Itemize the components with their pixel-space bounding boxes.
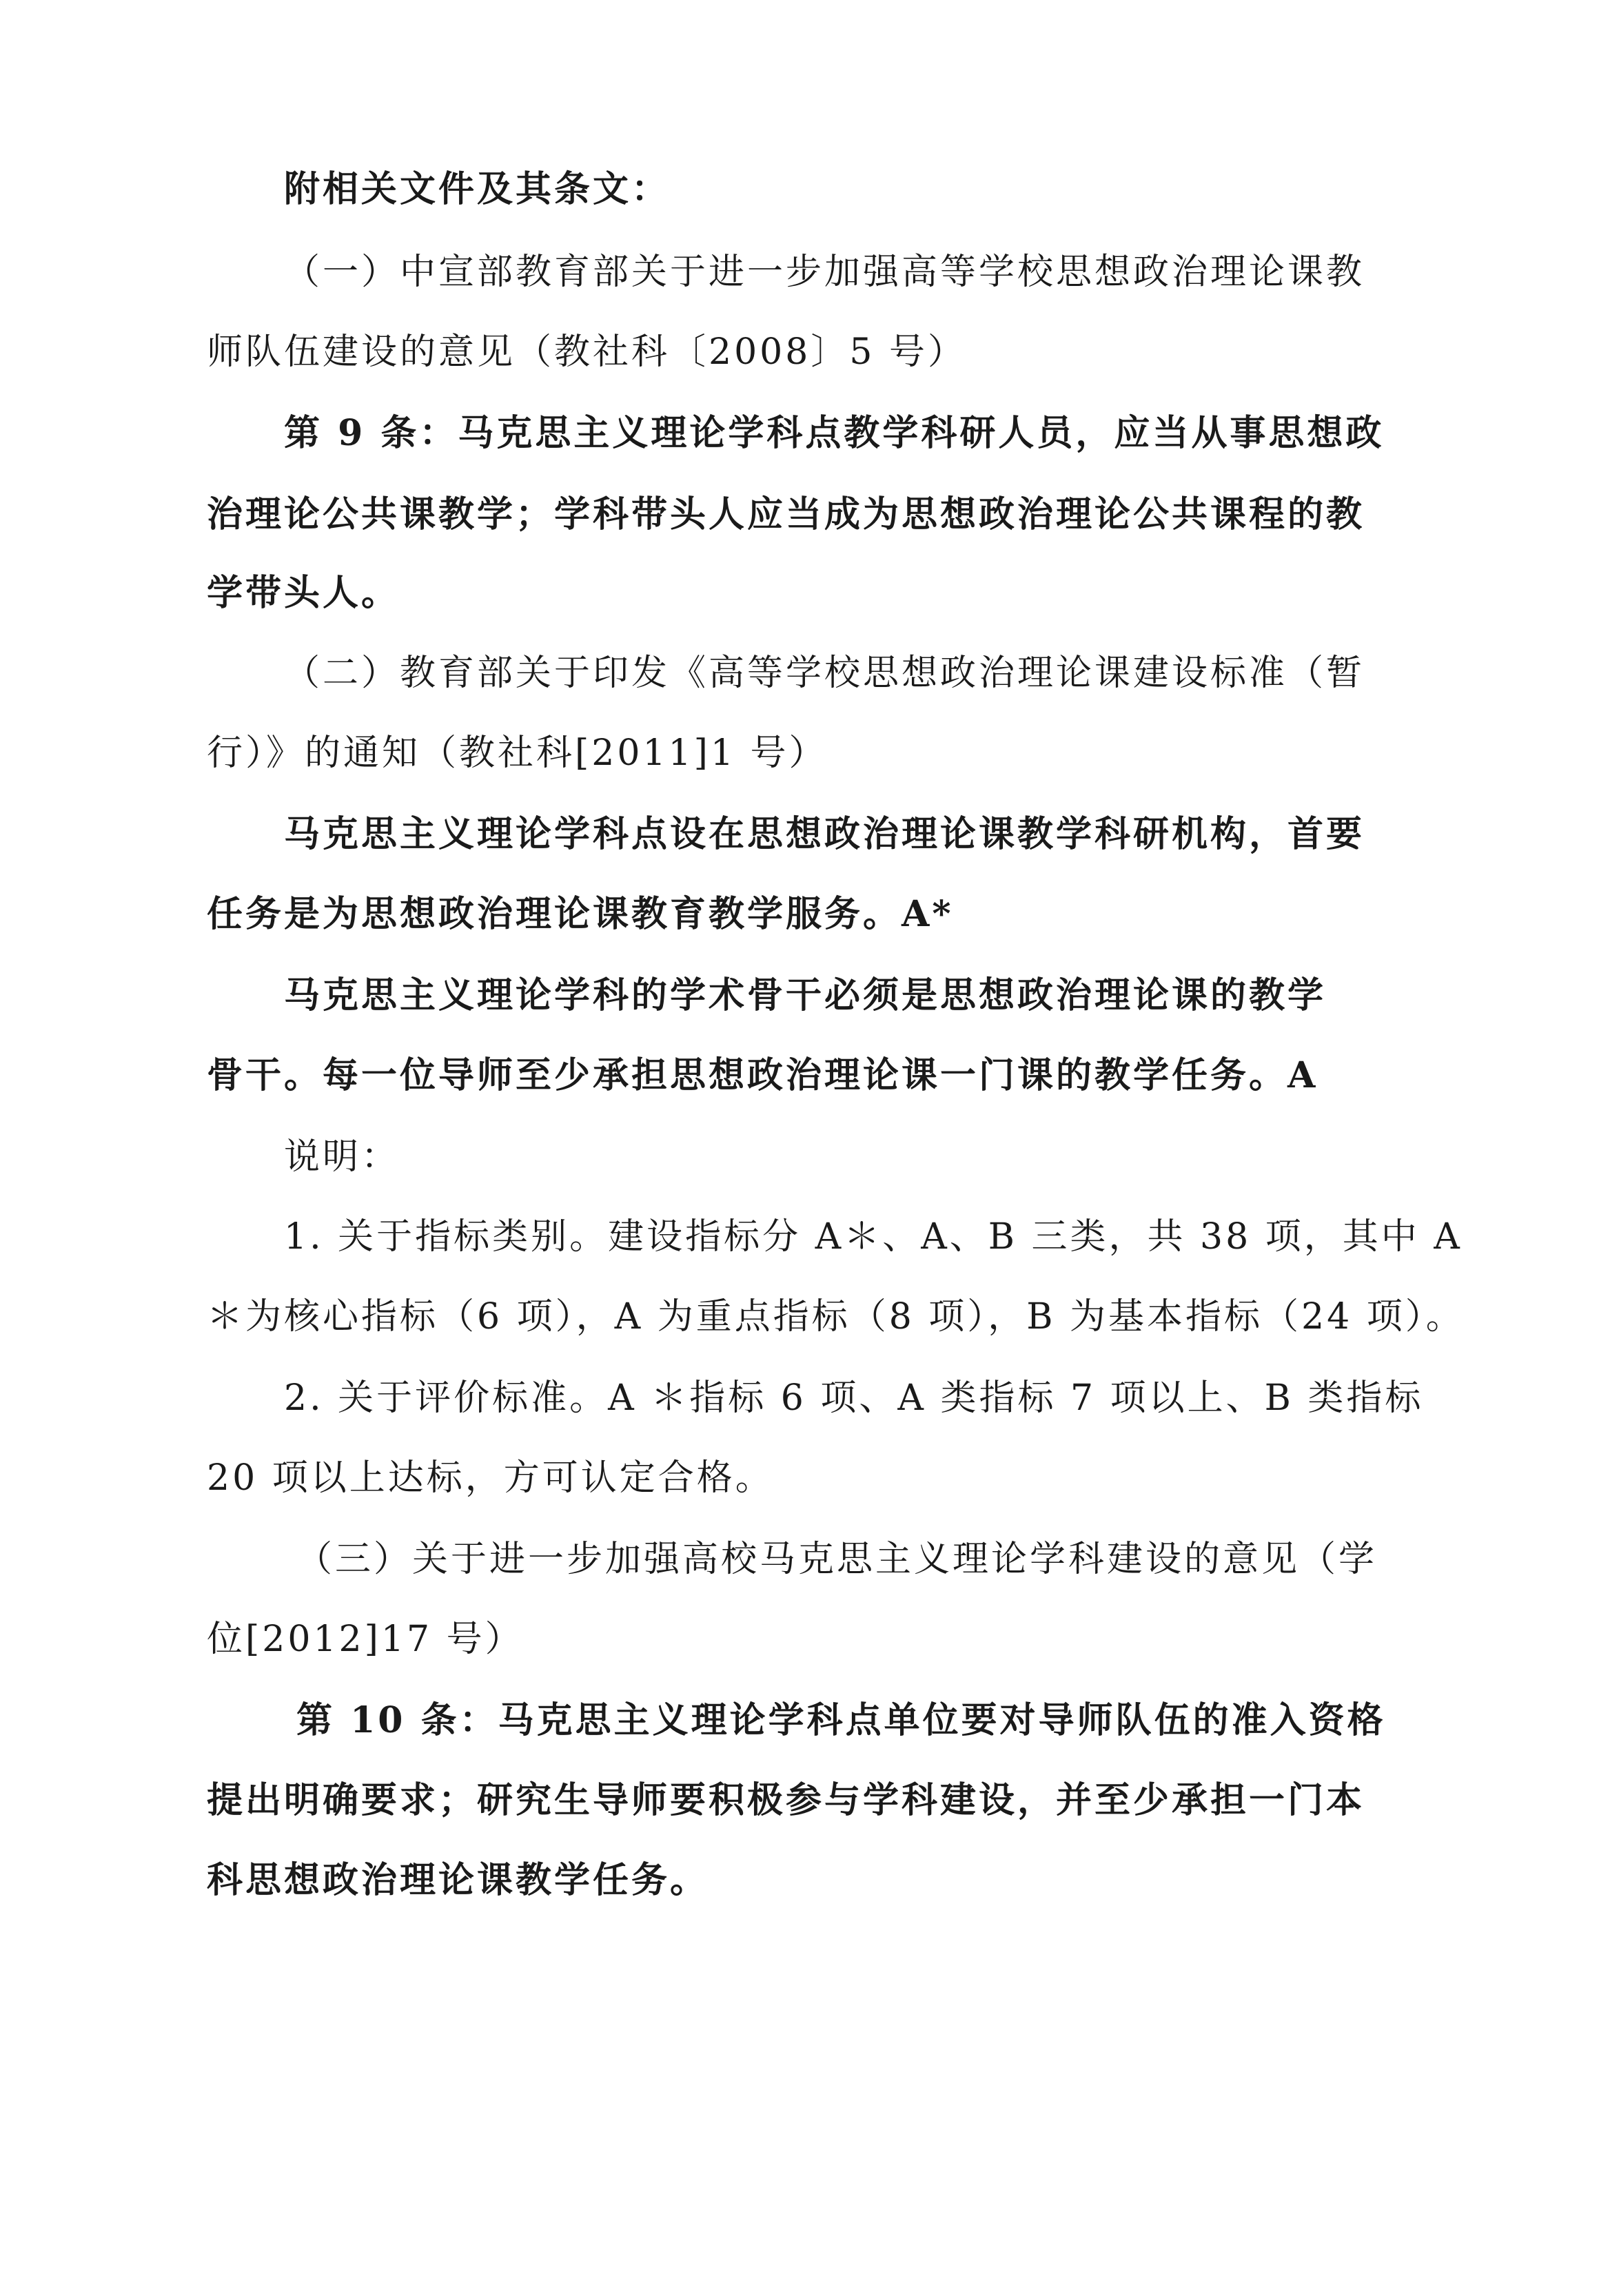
- attachment-heading: 附相关文件及其条文：: [284, 165, 670, 214]
- doc2-clause1-line2: 任务是为思想政治理论课教育教学服务。A*: [207, 890, 954, 939]
- article10-line3: 科思想政治理论课教学任务。: [207, 1856, 709, 1905]
- article10-line2: 提出明确要求；研究生导师要积极参与学科建设，并至少承担一门本: [207, 1776, 1365, 1825]
- article9-line3: 学带头人。: [207, 569, 400, 617]
- doc2-title-line2: 行）》的通知（教社科[2011]1 号）: [207, 729, 828, 777]
- note2-line2: 20 项以上达标，方可认定合格。: [207, 1454, 774, 1502]
- article10-line1: 第 10 条：马克思主义理论学科点单位要对导师队伍的准入资格: [296, 1697, 1386, 1745]
- doc2-clause2-line1: 马克思主义理论学科的学术骨干必须是思想政治理论课的教学: [284, 972, 1326, 1020]
- doc1-title-line2: 师队伍建设的意见（教社科〔2008〕5 号）: [207, 328, 966, 376]
- doc2-clause1-line1: 马克思主义理论学科点设在思想政治理论课教学科研机构，首要: [284, 810, 1365, 859]
- doc3-title-line1: （三）关于进一步加强高校马克思主义理论学科建设的意见（学: [296, 1535, 1377, 1583]
- notes-heading: 说明：: [284, 1133, 400, 1181]
- doc2-title-line1: （二）教育部关于印发《高等学校思想政治理论课建设标准（暂: [284, 649, 1365, 697]
- doc3-title-line2: 位[2012]17 号）: [207, 1615, 524, 1663]
- doc1-title-line1: （一）中宣部教育部关于进一步加强高等学校思想政治理论课教: [284, 248, 1365, 296]
- document-page: 附相关文件及其条文： （一）中宣部教育部关于进一步加强高等学校思想政治理论课教 …: [0, 0, 1619, 2296]
- article9-line1: 第 9 条：马克思主义理论学科点教学科研人员，应当从事思想政: [284, 409, 1384, 458]
- note1-line2: ＊为核心指标（6 项），A 为重点指标（8 项），B 为基本指标（24 项）。: [207, 1293, 1465, 1341]
- doc2-clause2-line2: 骨干。每一位导师至少承担思想政治理论课一门课的教学任务。A: [207, 1052, 1318, 1100]
- note1-line1: 1. 关于指标类别。建设指标分 A＊、A、B 三类，共 38 项，其中 A: [284, 1213, 1463, 1261]
- note2-line1: 2. 关于评价标准。A ＊指标 6 项、A 类指标 7 项以上、B 类指标: [284, 1374, 1423, 1422]
- article9-line2: 治理论公共课教学；学科带头人应当成为思想政治理论公共课程的教: [207, 491, 1365, 539]
